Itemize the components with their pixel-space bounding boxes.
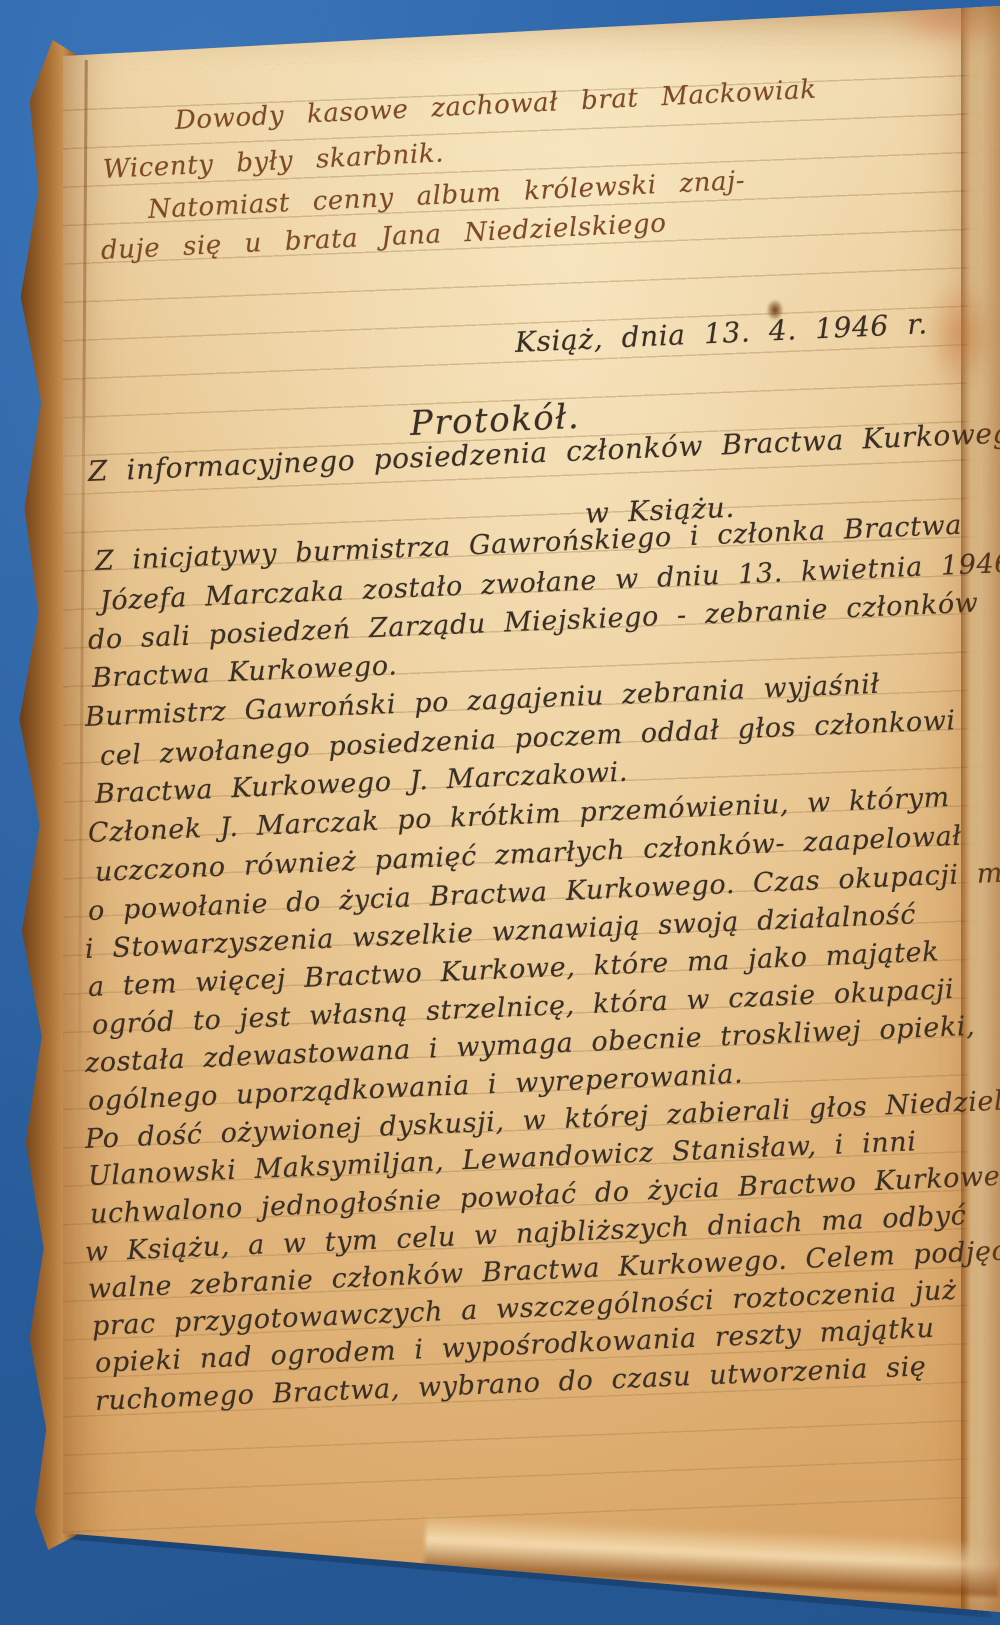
dateline: Książ, dnia 13. 4. 1946 r.: [514, 307, 928, 359]
handwriting-layer: Dowody kasowe zachował brat Mackowiak Wi…: [45, 0, 1000, 1625]
body-line-4: Bractwa Kurkowego.: [91, 650, 398, 694]
notebook-page: Dowody kasowe zachował brat Mackowiak Wi…: [45, 0, 1000, 1625]
photograph-background: Dowody kasowe zachował brat Mackowiak Wi…: [0, 0, 1000, 1625]
margin-note-line-2: Wicenty były skarbnik.: [102, 138, 444, 185]
margin-note-line-1: Dowody kasowe zachował brat Mackowiak: [174, 75, 817, 136]
